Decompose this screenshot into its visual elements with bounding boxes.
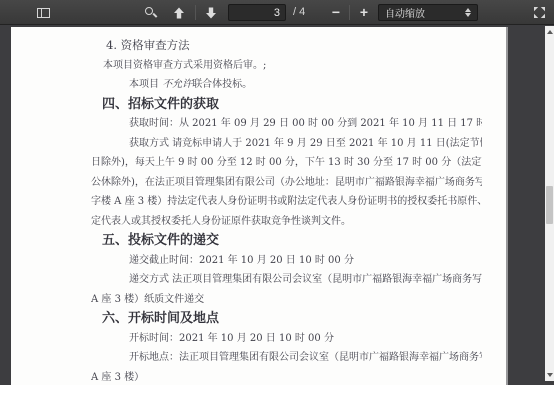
document-line-part: 联合体投标。 [192,79,252,90]
sidebar-toggle-button[interactable] [32,3,54,22]
document-line: 本项目 不允许联合体投标。 [91,75,482,95]
toolbar-separator [195,5,196,20]
page-number-input[interactable] [228,4,286,21]
select-arrows-icon [462,8,474,17]
next-page-button[interactable] [200,3,222,22]
find-button[interactable] [136,3,158,22]
previous-page-button[interactable] [168,3,190,22]
document-line: 递交截止时间：2021 年 10 月 20 日 10 时 00 分 [91,251,482,271]
toolbar-separator [349,5,350,20]
plus-icon: + [360,4,368,21]
minus-icon: − [332,4,340,21]
document-line: 公休除外)，在法正项目管理集团有限公司（办公地址：昆明市广福路银海幸福广场商务写 [91,173,482,193]
sidebar-icon [37,8,50,18]
document-line: 定代表人或其授权委托人身份证原件获取竞争性谈判文件。 [91,212,482,232]
pdf-toolbar: / 4 − + 自动缩放 [0,0,554,25]
zoom-scale-value: 自动缩放 [379,5,462,20]
zoom-scale-select[interactable]: 自动缩放 [378,4,478,21]
zoom-in-button[interactable]: + [353,3,375,22]
document-line: 4. 资格审查方法 [91,36,482,56]
page-count-label: / 4 [293,6,305,18]
document-line: 字楼 A 座 3 楼）持法定代表人身份证明书或附法定代表人身份证明书的授权委托书… [91,192,482,212]
document-line: A 座 3 楼）纸质文件递交 [91,290,482,310]
document-heading: 五、投标文件的递交 [91,231,482,251]
vertical-scrollbar [545,26,554,381]
document-line-part: 不允许 [162,79,192,90]
document-line: 日除外)，每天上午 9 时 00 分至 12 时 00 分，下午 13 时 30… [91,153,482,173]
arrow-down-icon [205,7,217,19]
document-line: 开标时间：2021 年 10 月 20 日 10 时 00 分 [91,329,482,349]
document-heading: 四、招标文件的获取 [91,95,482,115]
host-page-background [0,385,554,407]
pdf-page: 4. 资格审查方法本项目资格审查方式采用资格后审。;本项目 不允许联合体投标。四… [11,27,508,385]
scroll-up-button[interactable] [545,27,554,37]
document-line: 本项目资格审查方式采用资格后审。; [91,56,482,76]
document-content: 4. 资格审查方法本项目资格审查方式采用资格后审。;本项目 不允许联合体投标。四… [11,36,506,385]
viewer-background: 4. 资格审查方法本项目资格审查方式采用资格后审。;本项目 不允许联合体投标。四… [0,26,545,385]
scroll-down-button[interactable] [545,370,554,380]
scroll-up-icon [547,30,553,34]
scroll-down-icon [547,373,553,377]
document-line: 开标地点：法正项目管理集团有限公司会议室（昆明市广福路银海幸福广场商务写字楼 [91,348,482,368]
arrow-up-icon [173,7,185,19]
scrollbar-thumb[interactable] [546,186,553,224]
document-line: A 座 3 楼） [91,368,482,386]
document-heading: 六、开标时间及地点 [91,309,482,329]
document-line: 递交方式 法正项目管理集团有限公司会议室（昆明市广福路银海幸福广场商务写字楼 [91,270,482,290]
zoom-out-button[interactable]: − [325,3,347,22]
search-icon [145,7,153,15]
presentation-mode-button[interactable] [528,3,550,22]
document-line: 获取时间：从 2021 年 09 月 29 日 00 时 00 分到 2021 … [91,114,482,134]
document-line-part: 本项目 [129,79,162,90]
pdf-viewer: / 4 − + 自动缩放 4. 资格审查方法本项目资格审查方式采用资格后审。;本… [0,0,554,385]
expand-arrows-icon [533,6,546,19]
document-line: 获取方式 请竞标申请人于 2021 年 9 月 29 日至 2021 年 10 … [91,134,482,154]
